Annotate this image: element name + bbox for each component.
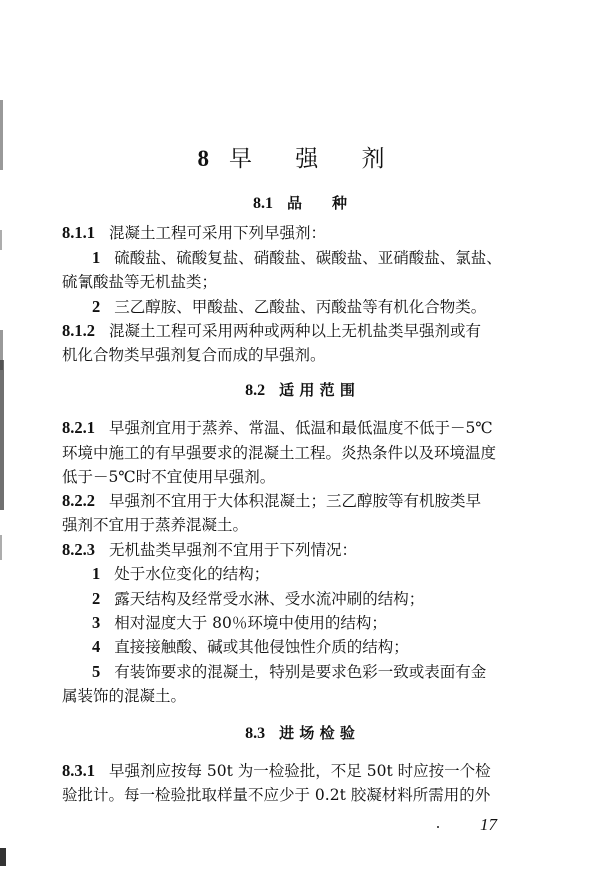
clause-line: 强剂不宜用于蒸养混凝土。 xyxy=(62,515,542,535)
clause-line: 机化合物类早强剂复合而成的早强剂。 xyxy=(62,345,542,365)
section-heading: 8.2适 用 范 围 xyxy=(0,379,600,400)
chapter-number: 8 xyxy=(197,146,211,171)
list-item: 1处于水位变化的结构； xyxy=(92,564,572,584)
clause-line: 低于－5℃时不宜使用早强剂。 xyxy=(62,467,542,487)
list-item: 5有装饰要求的混凝土，特别是要求色彩一致或表面有金 xyxy=(92,662,572,682)
chapter-title: 早 强 剂 xyxy=(229,146,403,172)
chapter-heading: 8早 强 剂 xyxy=(0,140,600,173)
clause-line: 8.2.2早强剂不宜用于大体积混凝土；三乙醇胺等有机胺类早 xyxy=(62,491,542,511)
list-item: 3相对湿度大于 80％环境中使用的结构； xyxy=(92,613,572,633)
clause-line: 8.1.1混凝土工程可采用下列早强剂： xyxy=(62,223,542,243)
scan-speck xyxy=(437,826,439,828)
clause-line: 硫氰酸盐等无机盐类； xyxy=(62,272,542,292)
page-number: 17 xyxy=(480,815,497,835)
clause-line: 8.3.1早强剂应按每 50t 为一检验批，不足 50t 时应按一个检 xyxy=(62,761,542,781)
section-heading: 8.3进 场 检 验 xyxy=(0,722,600,743)
list-item: 2露天结构及经常受水淋、受水流冲刷的结构； xyxy=(92,589,572,609)
list-item: 2三乙醇胺、甲酸盐、乙酸盐、丙酸盐等有机化合物类。 xyxy=(92,297,572,317)
clause-line: 环境中施工的有早强要求的混凝土工程。炎热条件以及环境温度 xyxy=(62,443,542,463)
clause-line: 8.2.3无机盐类早强剂不宜用于下列情况： xyxy=(62,540,542,560)
clause-line: 验批计。每一检验批取样量不应少于 0.2t 胶凝材料所需用的外 xyxy=(62,785,542,805)
list-item: 4直接接触酸、碱或其他侵蚀性介质的结构； xyxy=(92,637,572,657)
clause-line: 8.1.2混凝土工程可采用两种或两种以上无机盐类早强剂或有 xyxy=(62,321,542,341)
section-heading: 8.1品 种 xyxy=(0,192,600,213)
list-item: 1硫酸盐、硫酸复盐、硝酸盐、碳酸盐、亚硝酸盐、氯盐、 xyxy=(92,248,572,268)
clause-line: 属装饰的混凝土。 xyxy=(62,686,542,706)
clause-line: 8.2.1早强剂宜用于蒸养、常温、低温和最低温度不低于－5℃ xyxy=(62,418,542,438)
